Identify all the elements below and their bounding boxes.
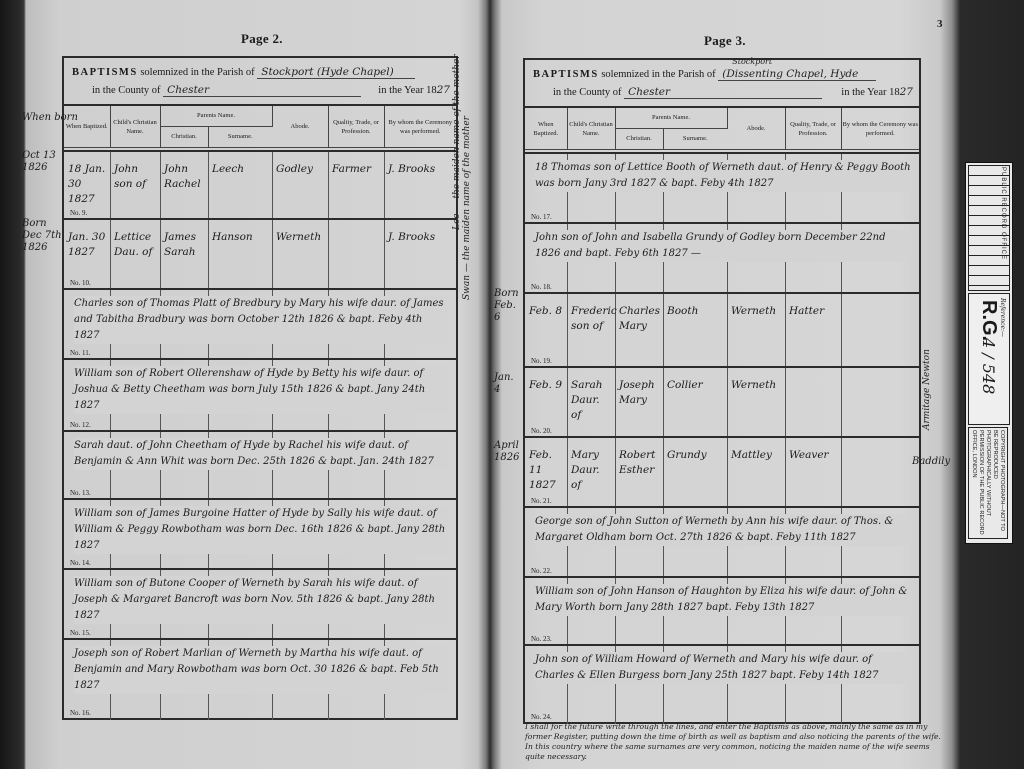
col-parents-name: Parents Name. <box>615 108 727 128</box>
col-child-name: Child's Christian Name. <box>110 106 160 148</box>
right-column-headers: When Baptized. Child's Christian Name. P… <box>525 108 919 150</box>
right-register-heading: BAPTISMS solemnized in the Parish of Sto… <box>525 60 919 108</box>
col-parent-surname: Surname. <box>208 126 272 147</box>
entry-narrative: John son of William Howard of Werneth an… <box>535 652 911 684</box>
left-side-note-lee: Lee — the maiden name of the mother <box>452 54 462 230</box>
right-year-value: 27 <box>900 86 913 98</box>
right-parish-text: (Dissenting Chapel, Hyde <box>722 68 858 80</box>
register-entry: Feb. 9Sarah Daur. ofJoseph MaryCollierWe… <box>525 366 919 438</box>
col-abode: Abode. <box>727 108 785 150</box>
entry-trade: Hatter <box>789 304 839 319</box>
left-year-label: in the Year 18 <box>378 85 436 96</box>
entry-child: Frederic son of <box>571 304 613 334</box>
left-column-headers: When Baptized. Child's Christian Name. P… <box>64 106 456 148</box>
register-entry: Feb. 8Frederic son ofCharles MaryBoothWe… <box>525 292 919 368</box>
entry-when: Jan. 30 1827 <box>68 230 108 260</box>
entry-number: No. 17. <box>531 213 552 221</box>
entry-by: J. Brooks <box>388 162 454 177</box>
entry-number: No. 24. <box>531 713 552 721</box>
entry-number: No. 20. <box>531 427 552 435</box>
reference-number: 4 / 548 <box>979 338 998 394</box>
right-heading-solemnized: solemnized in the Parish of <box>601 69 715 80</box>
entry-surname: Hanson <box>212 230 270 245</box>
col-performed-by: By whom the Ceremony was performed. <box>384 106 456 148</box>
col-parents-name: Parents Name. <box>160 106 272 126</box>
right-register-table: BAPTISMS solemnized in the Parish of Sto… <box>523 58 921 724</box>
entry-narrative: George son of John Sutton of Werneth by … <box>535 514 911 546</box>
entry-parent-christian: James Sarah <box>164 230 206 260</box>
entry-surname: Grundy <box>667 448 725 463</box>
right-county-label: in the County of <box>553 87 622 98</box>
register-entry: Jan. 30 1827Lettice Dau. ofJames SarahHa… <box>64 218 456 290</box>
register-entry: William son of Robert Ollerenshaw of Hyd… <box>64 358 456 432</box>
register-entry: William son of Butone Cooper of Werneth … <box>64 568 456 640</box>
entry-narrative: Sarah daut. of John Cheetham of Hyde by … <box>74 438 448 470</box>
entry-number: No. 14. <box>70 559 91 567</box>
entry-number: No. 15. <box>70 629 91 637</box>
left-heading-baptisms: BAPTISMS <box>72 67 138 78</box>
col-abode: Abode. <box>272 106 328 148</box>
left-year-value: 27 <box>437 84 450 96</box>
entry-number: No. 23. <box>531 635 552 643</box>
entry-number: No. 19. <box>531 357 552 365</box>
ruler-label: PUBLIC RECORD OFFICE <box>1000 167 1006 260</box>
entry-number: No. 16. <box>70 709 91 717</box>
entry-number: No. 9. <box>70 209 87 217</box>
copyright-notice: COPYRIGHT PHOTOGRAPH—NOT TO BE REPRODUCE… <box>968 427 1008 539</box>
right-margin-note-april: April 1826 <box>494 440 522 464</box>
left-margin-note-born-dec: Born Dec 7th 1826 <box>22 218 62 254</box>
entry-parent-christian: John Rachel <box>164 162 206 192</box>
entry-number: No. 11. <box>70 349 91 357</box>
entry-narrative: Joseph son of Robert Marlian of Werneth … <box>74 646 448 694</box>
reference-label: Reference:— <box>999 298 1006 337</box>
entry-parent-christian: Charles Mary <box>619 304 661 334</box>
register-footnote: I shall for the future write through the… <box>525 722 945 762</box>
right-heading-baptisms: BAPTISMS <box>533 69 599 80</box>
register-entry: Feb. 11 1827Mary Daur. ofRobert EstherGr… <box>525 436 919 508</box>
register-entry: Joseph son of Robert Marlian of Werneth … <box>64 638 456 720</box>
entry-number: No. 13. <box>70 489 91 497</box>
left-parish-value: Stockport (Hyde Chapel) <box>257 66 415 79</box>
left-page-title: Page 2. <box>241 31 283 47</box>
right-parish-superscript: Stockport <box>732 57 772 66</box>
entry-trade: Weaver <box>789 448 839 463</box>
entry-number: No. 18. <box>531 283 552 291</box>
left-county-label: in the County of <box>92 85 161 96</box>
right-side-note-baddily: Baddily <box>912 456 950 468</box>
register-entry: John son of John and Isabella Grundy of … <box>525 222 919 294</box>
col-child-name: Child's Christian Name. <box>567 108 615 150</box>
entry-abode: Werneth <box>276 230 326 245</box>
right-parish-value: Stockport (Dissenting Chapel, Hyde <box>718 68 876 81</box>
entry-narrative: Charles son of Thomas Platt of Bredbury … <box>74 296 448 344</box>
left-heading-solemnized: solemnized in the Parish of <box>140 67 254 78</box>
col-parent-christian: Christian. <box>160 126 208 147</box>
entry-child: John son of <box>114 162 158 192</box>
reference-prefix: R.G. <box>977 300 1000 341</box>
entry-abode: Mattley <box>731 448 783 463</box>
entry-narrative: William son of John Hanson of Haughton b… <box>535 584 911 616</box>
entry-when: 18 Jan. 30 1827 <box>68 162 108 207</box>
entry-narrative: William son of Robert Ollerenshaw of Hyd… <box>74 366 448 414</box>
entry-abode: Godley <box>276 162 326 177</box>
entry-when: Feb. 8 <box>529 304 565 319</box>
entry-when: Feb. 9 <box>529 378 565 393</box>
col-parent-christian: Christian. <box>615 128 663 149</box>
entry-abode: Werneth <box>731 378 783 393</box>
col-trade: Quality, Trade, or Profession. <box>328 106 384 148</box>
entry-child: Mary Daur. of <box>571 448 613 493</box>
right-year-label: in the Year 18 <box>841 87 899 98</box>
register-entry: Charles son of Thomas Platt of Bredbury … <box>64 288 456 360</box>
entry-surname: Collier <box>667 378 725 393</box>
register-entry: 18 Jan. 30 1827John son ofJohn RachelLee… <box>64 150 456 220</box>
left-register-table: BAPTISMS solemnized in the Parish of Sto… <box>62 56 458 720</box>
left-county-value: Chester <box>163 84 361 97</box>
col-when-baptized: When Baptized. <box>525 108 567 150</box>
entry-parent-christian: Joseph Mary <box>619 378 661 408</box>
col-when-baptized: When Baptized. <box>64 106 110 148</box>
entry-child: Lettice Dau. of <box>114 230 158 260</box>
register-entry: 18 Thomas son of Lettice Booth of Wernet… <box>525 152 919 224</box>
entry-number: No. 21. <box>531 497 552 505</box>
register-entry: William son of James Burgoine Hatter of … <box>64 498 456 570</box>
entry-surname: Booth <box>667 304 725 319</box>
entry-narrative: William son of James Burgoine Hatter of … <box>74 506 448 554</box>
col-trade: Quality, Trade, or Profession. <box>785 108 841 150</box>
entry-narrative: John son of John and Isabella Grundy of … <box>535 230 911 262</box>
entry-abode: Werneth <box>731 304 783 319</box>
register-entry: William son of John Hanson of Haughton b… <box>525 576 919 646</box>
right-county-value: Chester <box>624 86 822 99</box>
right-page-title: Page 3. <box>704 33 746 49</box>
corner-page-number: 3 <box>937 18 943 30</box>
entry-surname: Leech <box>212 162 270 177</box>
entry-trade: Farmer <box>332 162 382 177</box>
entry-number: No. 12. <box>70 421 91 429</box>
public-record-office-label: PUBLIC RECORD OFFICE Reference:— R.G. 4 … <box>965 162 1013 544</box>
right-side-note-armitage-newton: Armitage Newton <box>922 349 932 430</box>
entry-by: J. Brooks <box>388 230 454 245</box>
entry-when: Feb. 11 1827 <box>529 448 565 493</box>
entry-parent-christian: Robert Esther <box>619 448 661 478</box>
reference-box: Reference:— R.G. 4 / 548 <box>968 293 1010 425</box>
right-margin-note-jan: Jan. 4 <box>494 372 522 396</box>
register-entry: Sarah daut. of John Cheetham of Hyde by … <box>64 430 456 500</box>
register-entry: George son of John Sutton of Werneth by … <box>525 506 919 578</box>
left-register-heading: BAPTISMS solemnized in the Parish of Sto… <box>64 58 456 106</box>
entry-number: No. 10. <box>70 279 91 287</box>
left-margin-note-born-oct: Oct 13 1826 <box>22 150 62 174</box>
entry-number: No. 22. <box>531 567 552 575</box>
col-parent-surname: Surname. <box>663 128 727 149</box>
entry-child: Sarah Daur. of <box>571 378 613 423</box>
register-entry: John son of William Howard of Werneth an… <box>525 644 919 724</box>
left-side-note-swan: Swan — the maiden name of the mother <box>462 116 472 300</box>
col-performed-by: By whom the Ceremony was performed. <box>841 108 919 150</box>
entry-narrative: William son of Butone Cooper of Werneth … <box>74 576 448 624</box>
right-margin-note-born-feb: Born Feb. 6 <box>494 288 522 324</box>
entry-narrative: 18 Thomas son of Lettice Booth of Wernet… <box>535 160 911 192</box>
